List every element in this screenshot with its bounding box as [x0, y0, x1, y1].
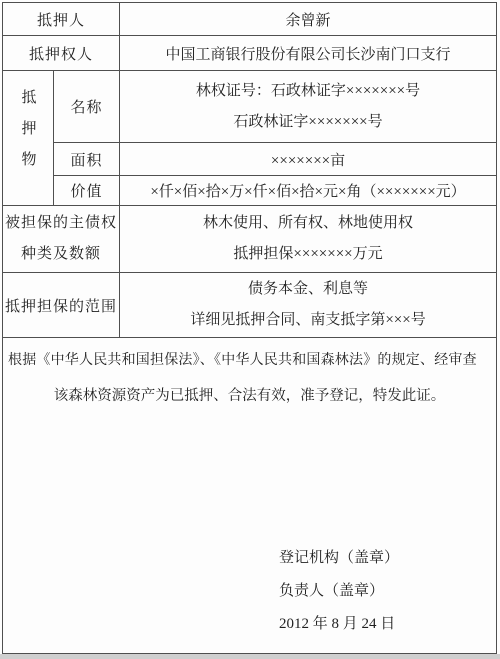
- collateral-area-value-text: ×××××××亩: [271, 153, 345, 169]
- guarantee-scope-value: 债务本金、利息等 详细见抵押合同、南支抵字第×××号: [120, 273, 497, 338]
- mortgagor-value-text: 余曾新: [286, 13, 331, 29]
- mortgagee-value: 中国工商银行股份有限公司长沙南门口支行: [120, 36, 497, 71]
- secured-claim-label-line2: 种类及数额: [3, 239, 119, 270]
- row-collateral-name: 抵押物 名称 林权证号：石政林证字×××××××号 石政林证字×××××××号: [3, 71, 497, 143]
- mortgagor-label: 抵押人: [3, 3, 120, 36]
- responsible-person-seal-line: 负责人（盖章）: [279, 575, 399, 608]
- collateral-name-line1: 林权证号：石政林证字×××××××号: [120, 76, 496, 107]
- mortgagor-value: 余曾新: [120, 3, 497, 36]
- collateral-value-label: 价值: [54, 176, 120, 206]
- collateral-area-label: 面积: [54, 143, 120, 176]
- row-mortgagor: 抵押人 余曾新: [3, 3, 497, 36]
- collateral-name-label: 名称: [54, 71, 120, 143]
- collateral-value-value-text: ×仟×佰×拾×万×仟×佰×拾×元×角（×××××××元）: [150, 184, 465, 200]
- mortgagee-label: 抵押权人: [3, 36, 120, 71]
- row-collateral-value: 价值 ×仟×佰×拾×万×仟×佰×拾×元×角（×××××××元）: [3, 176, 497, 206]
- collateral-group-label: 抵押物: [3, 71, 54, 206]
- secured-claim-value-line2: 抵押担保×××××××万元: [120, 239, 496, 270]
- guarantee-scope-label-text: 抵押担保的范围: [5, 299, 117, 315]
- certificate-form-table: 抵押人 余曾新 抵押权人 中国工商银行股份有限公司长沙南门口支行 抵押物 名称: [2, 2, 497, 654]
- secured-claim-value: 林木使用、所有权、林地使用权 抵押担保×××××××万元: [120, 206, 497, 273]
- collateral-name-label-text: 名称: [71, 100, 103, 116]
- collateral-group-label-text: 抵押物: [18, 89, 39, 182]
- registration-agency-seal-line: 登记机构（盖章）: [279, 542, 399, 575]
- statement-line1: 根据《中华人民共和国担保法》、《中华人民共和国森林法》的规定、经审查: [8, 351, 492, 371]
- secured-claim-value-line1: 林木使用、所有权、林地使用权: [120, 208, 496, 239]
- issue-date: 2012 年 8 月 24 日: [279, 608, 399, 641]
- row-mortgagee: 抵押权人 中国工商银行股份有限公司长沙南门口支行: [3, 36, 497, 71]
- collateral-value-label-text: 价值: [71, 184, 103, 200]
- collateral-name-value: 林权证号：石政林证字×××××××号 石政林证字×××××××号: [120, 71, 497, 143]
- row-statement-signature: 根据《中华人民共和国担保法》、《中华人民共和国森林法》的规定、经审查 该森林资源…: [3, 338, 497, 654]
- collateral-area-value: ×××××××亩: [120, 143, 497, 176]
- statement-line2: 该森林资源资产为已抵押、合法有效，准予登记，特发此证。: [3, 386, 496, 406]
- row-secured-claim: 被担保的主债权 种类及数额 林木使用、所有权、林地使用权 抵押担保×××××××…: [3, 206, 497, 273]
- mortgagee-label-text: 抵押权人: [29, 47, 93, 63]
- collateral-name-line2: 石政林证字×××××××号: [120, 107, 496, 138]
- secured-claim-label: 被担保的主债权 种类及数额: [3, 206, 120, 273]
- collateral-area-label-text: 面积: [71, 153, 103, 169]
- signature-block: 登记机构（盖章） 负责人（盖章） 2012 年 8 月 24 日: [279, 542, 399, 641]
- row-guarantee-scope: 抵押担保的范围 债务本金、利息等 详细见抵押合同、南支抵字第×××号: [3, 273, 497, 338]
- guarantee-scope-value-line2: 详细见抵押合同、南支抵字第×××号: [120, 305, 496, 336]
- guarantee-scope-value-line1: 债务本金、利息等: [120, 274, 496, 305]
- secured-claim-label-line1: 被担保的主债权: [3, 208, 119, 239]
- mortgagee-value-text: 中国工商银行股份有限公司长沙南门口支行: [166, 47, 451, 63]
- mortgage-registration-certificate: 抵押人 余曾新 抵押权人 中国工商银行股份有限公司长沙南门口支行 抵押物 名称: [0, 0, 500, 659]
- row-collateral-area: 面积 ×××××××亩: [3, 143, 497, 176]
- statement-signature-cell: 根据《中华人民共和国担保法》、《中华人民共和国森林法》的规定、经审查 该森林资源…: [3, 338, 497, 654]
- mortgagor-label-text: 抵押人: [37, 13, 85, 29]
- page-bottom-edge: [0, 654, 500, 659]
- collateral-value-value: ×仟×佰×拾×万×仟×佰×拾×元×角（×××××××元）: [120, 176, 497, 206]
- guarantee-scope-label: 抵押担保的范围: [3, 273, 120, 338]
